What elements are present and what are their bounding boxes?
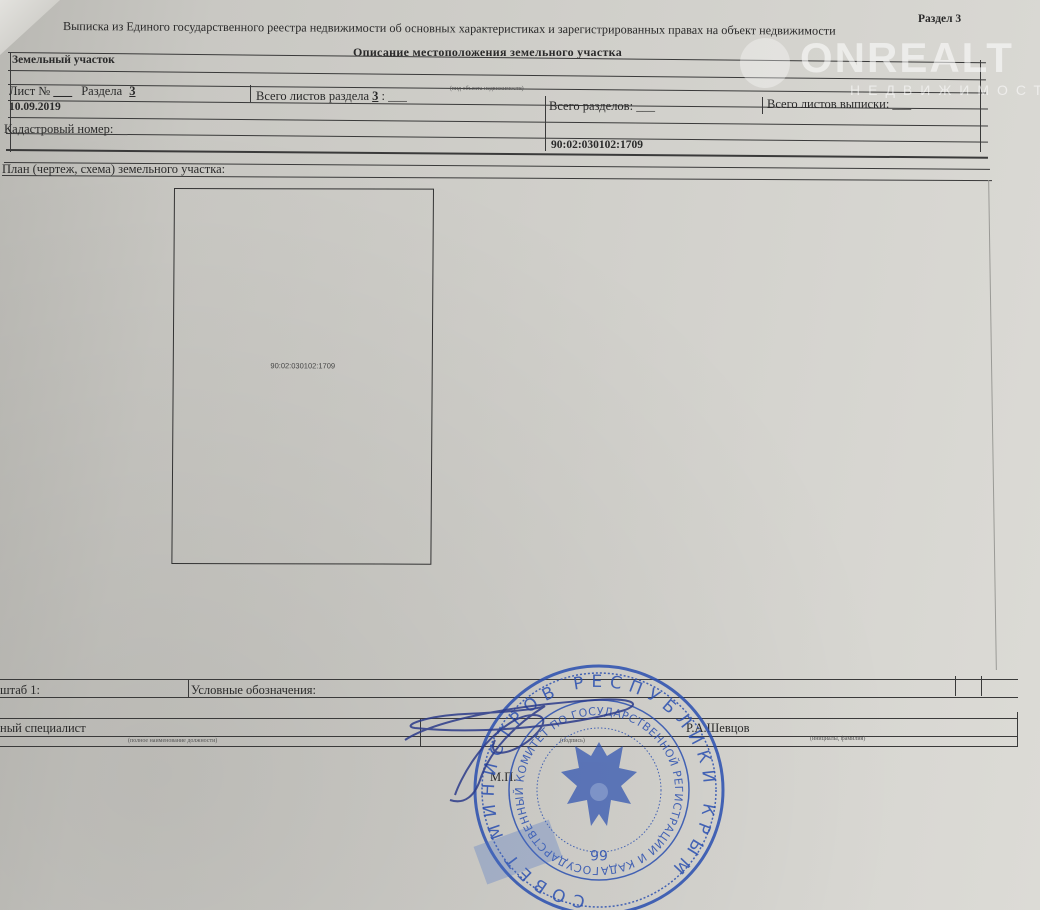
section-of-label: Раздела: [81, 84, 122, 98]
cadastral-number: 90:02:030102:1709: [551, 139, 643, 151]
position-caption: (полное наименование должности): [128, 738, 217, 744]
object-type: Земельный участок: [12, 54, 115, 66]
total-sheets-section-suffix: : ___: [382, 89, 407, 103]
total-sections: Всего разделов: ___: [549, 99, 655, 114]
total-sections-value: ___: [636, 99, 655, 113]
scale-label: штаб 1:: [0, 683, 40, 698]
signature-scribble: [395, 680, 655, 810]
object-type-caption: (вид объекта недвижимости): [450, 86, 524, 92]
legend-label: Условные обозначения:: [191, 683, 316, 698]
plan-label: План (чертеж, схема) земельного участка:: [2, 162, 225, 177]
sheet-no-label: Лист №: [9, 84, 50, 98]
total-sheets-section: Всего листов раздела 3 : ___: [256, 89, 407, 104]
document-date: 10.09.2019: [9, 101, 61, 113]
signer-caption: (инициалы, фамилия): [810, 736, 865, 742]
watermark-brand: ONREALT: [800, 34, 1014, 82]
plan-parcel-label: 90:02:030102:1709: [174, 361, 432, 371]
watermark-subtitle: НЕДВИЖИМОСТЬ: [850, 82, 1040, 98]
section-of-value: 3: [129, 84, 135, 98]
total-sections-label: Всего разделов:: [549, 99, 633, 113]
sheet-no-value: ___: [53, 84, 72, 98]
page-curl: [0, 0, 60, 55]
watermark-logo-icon: [740, 38, 790, 88]
cadastral-label: Кадастровый номер:: [4, 122, 113, 137]
watermark: ONREALT НЕДВИЖИМОСТЬ: [720, 30, 1010, 100]
total-sheets-section-label: Всего листов раздела: [256, 89, 369, 103]
section-label: Раздел 3: [918, 13, 961, 25]
total-sheets-section-value: 3: [372, 89, 378, 103]
position-title: ный специалист: [0, 721, 86, 736]
sheet-no-field: Лист № ___ Раздела 3: [9, 84, 136, 99]
land-plot-plan: 90:02:030102:1709: [171, 188, 434, 565]
stamp-number: 66: [590, 846, 608, 862]
